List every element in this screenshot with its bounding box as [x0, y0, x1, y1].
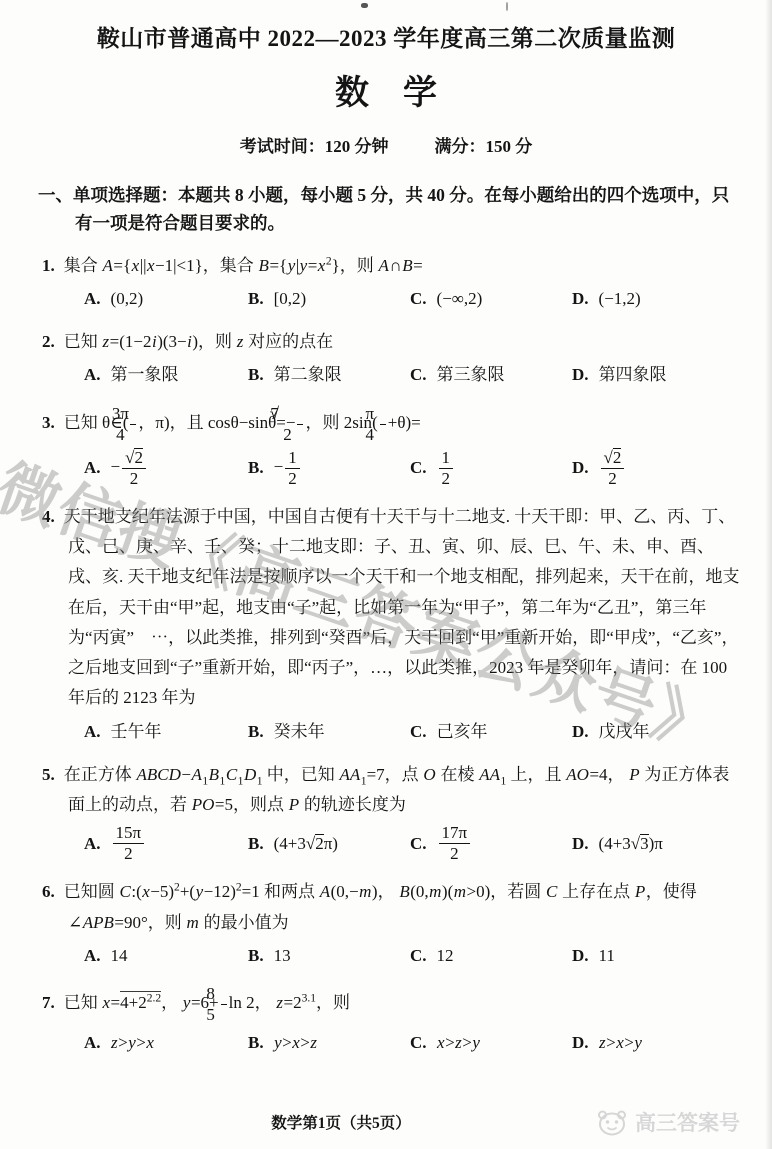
section-heading: 一、单项选择题：本题共 8 小题，每小题 5 分，共 40 分。在每小题给出的四…	[38, 181, 746, 238]
option-text: (4+3√2π)	[274, 829, 338, 859]
option-text: 12	[437, 448, 456, 489]
scan-speck	[506, 2, 508, 11]
option-text: 第四象限	[599, 360, 667, 390]
option-label: D.	[572, 717, 589, 747]
question-stem: 天干地支纪年法源于中国，中国自古便有十天干与十二地支. 十天干即：甲、乙、丙、丁…	[64, 507, 740, 708]
question-stem: 已知圆 C:(x−5)2+(y−12)2=1 和两点 A(0,−m)， B(0,…	[64, 882, 697, 931]
option: A. z>y>x	[84, 1028, 248, 1058]
option-text: 第一象限	[111, 360, 179, 390]
option-label: A.	[84, 941, 101, 971]
option: B. 13	[248, 941, 410, 971]
option: B. 癸未年	[248, 717, 410, 747]
option-label: A.	[84, 284, 101, 314]
question-stem: 在正方体 ABCD−A1B1C1D1 中，已知 AA1=7，点 O 在棱 AA1…	[64, 765, 730, 814]
option-label: B.	[248, 829, 264, 859]
option-text: 17π2	[437, 823, 473, 864]
page: 鞍山市普通高中 2022—2023 学年度高三第二次质量监测 数 学 考试时间：…	[0, 0, 772, 1149]
option: A. 14	[84, 941, 248, 971]
option: C. 12	[410, 448, 572, 489]
option-text: −12	[274, 448, 302, 489]
option-label: A.	[84, 717, 101, 747]
question-stem: 集合 A={x||x−1|<1}，集合 B={y|y=x2}，则 A∩B=	[64, 256, 423, 275]
question-stem-line: 5.在正方体 ABCD−A1B1C1D1 中，已知 AA1=7，点 O 在棱 A…	[68, 760, 746, 821]
options-row: A. 壬午年 B. 癸未年 C. 己亥年 D. 戊戌年	[84, 717, 746, 747]
question-stem: 已知 θ∈(3π4，π)，且 cosθ−sinθ=−√72，则 2sin(π4+…	[64, 413, 421, 432]
option-label: C.	[410, 1028, 427, 1058]
option-text: 壬午年	[111, 717, 162, 747]
option-text: [0,2)	[274, 284, 307, 314]
option-label: D.	[572, 1028, 589, 1058]
option: D. 第四象限	[572, 360, 746, 390]
option-text: 第三象限	[437, 360, 505, 390]
option-label: A.	[84, 453, 101, 483]
option-text: 12	[437, 941, 454, 971]
option-text: 第二象限	[274, 360, 342, 390]
question-stem-line: 1.集合 A={x||x−1|<1}，集合 B={y|y=x2}，则 A∩B=	[68, 251, 746, 281]
question-stem-line: 7.已知 x=4+22.2， y=6+85ln 2， z=23.1，则	[68, 984, 746, 1025]
mascot-icon	[595, 1107, 629, 1137]
option-text: 戊戌年	[599, 717, 650, 747]
option-text: (0,2)	[111, 284, 144, 314]
option-text: x>z>y	[437, 1028, 481, 1058]
option-text: (4+3√3)π	[599, 829, 663, 859]
option: B. [0,2)	[248, 284, 410, 314]
option: A. −√22	[84, 448, 248, 489]
option: A. (0,2)	[84, 284, 248, 314]
option-label: A.	[84, 360, 101, 390]
option: C. 己亥年	[410, 717, 572, 747]
question-number: 4.	[42, 507, 55, 526]
exam-score-label: 满分：150 分	[435, 132, 533, 157]
watermark-logo-text: 高三答案号	[635, 1107, 740, 1137]
option-label: B.	[248, 941, 264, 971]
exam-subject: 数 学	[0, 65, 772, 114]
option-text: 癸未年	[274, 717, 325, 747]
option-label: B.	[248, 1028, 264, 1058]
question-stem-line: 4.天干地支纪年法源于中国，中国自古便有十天干与十二地支. 十天干即：甲、乙、丙…	[68, 502, 746, 714]
option-label: C.	[410, 717, 427, 747]
exam-title: 鞍山市普通高中 2022—2023 学年度高三第二次质量监测	[0, 20, 772, 53]
question: 2.已知 z=(1−2i)(3−i)，则 z 对应的点在 A. 第一象限 B. …	[0, 327, 772, 391]
question-number: 7.	[42, 993, 55, 1012]
option-text: y>x>z	[274, 1028, 318, 1058]
question-stem-line: 3.已知 θ∈(3π4，π)，且 cosθ−sinθ=−√72，则 2sin(π…	[68, 404, 746, 445]
option-label: A.	[84, 1028, 101, 1058]
option: C. 12	[410, 941, 572, 971]
option-label: B.	[248, 284, 264, 314]
question-number: 3.	[42, 413, 55, 432]
option: B. (4+3√2π)	[248, 829, 410, 859]
question-stem-line: 2.已知 z=(1−2i)(3−i)，则 z 对应的点在	[68, 327, 746, 357]
question-number: 2.	[42, 332, 55, 351]
option-label: C.	[410, 284, 427, 314]
exam-time-label: 考试时间：120 分钟	[240, 132, 389, 157]
option-text: z>x>y	[599, 1028, 643, 1058]
question-stem: 已知 x=4+22.2， y=6+85ln 2， z=23.1，则	[64, 993, 350, 1012]
question: 7.已知 x=4+22.2， y=6+85ln 2， z=23.1，则 A. z…	[0, 984, 772, 1058]
option: A. 15π2	[84, 823, 248, 864]
option: A. 壬午年	[84, 717, 248, 747]
options-row: A. 14 B. 13 C. 12 D. 11	[84, 941, 746, 971]
option-text: 13	[274, 941, 291, 971]
question-number: 5.	[42, 765, 55, 784]
option-text: −√22	[111, 448, 148, 489]
scan-speck	[361, 3, 368, 8]
exam-header: 鞍山市普通高中 2022—2023 学年度高三第二次质量监测 数 学 考试时间：…	[0, 0, 772, 157]
question: 1.集合 A={x||x−1|<1}，集合 B={y|y=x2}，则 A∩B= …	[0, 251, 772, 315]
option-text: 14	[111, 941, 128, 971]
option-text: 15π2	[111, 823, 147, 864]
option: D. (4+3√3)π	[572, 829, 746, 859]
option-label: C.	[410, 360, 427, 390]
question: 6.已知圆 C:(x−5)2+(y−12)2=1 和两点 A(0,−m)， B(…	[0, 877, 772, 971]
option-label: A.	[84, 829, 101, 859]
option: B. −12	[248, 448, 410, 489]
question: 4.天干地支纪年法源于中国，中国自古便有十天干与十二地支. 十天干即：甲、乙、丙…	[0, 502, 772, 747]
option-label: C.	[410, 453, 427, 483]
option-label: D.	[572, 360, 589, 390]
option: C. 第三象限	[410, 360, 572, 390]
question-number: 1.	[42, 256, 55, 275]
option-label: B.	[248, 360, 264, 390]
option-label: C.	[410, 829, 427, 859]
option: D. √22	[572, 448, 746, 489]
watermark-logo: 高三答案号	[595, 1107, 740, 1137]
option: A. 第一象限	[84, 360, 248, 390]
question-list: 1.集合 A={x||x−1|<1}，集合 B={y|y=x2}，则 A∩B= …	[0, 251, 772, 1059]
option-label: B.	[248, 453, 264, 483]
options-row: A. (0,2) B. [0,2) C. (−∞,2) D. (−1,2)	[84, 284, 746, 314]
option-label: D.	[572, 453, 589, 483]
option-text: 己亥年	[437, 717, 488, 747]
question: 3.已知 θ∈(3π4，π)，且 cosθ−sinθ=−√72，则 2sin(π…	[0, 404, 772, 489]
option-label: C.	[410, 941, 427, 971]
option: D. (−1,2)	[572, 284, 746, 314]
options-row: A. 15π2 B. (4+3√2π) C. 17π2 D. (4+3√3)π	[84, 823, 746, 864]
option: D. z>x>y	[572, 1028, 746, 1058]
option: C. x>z>y	[410, 1028, 572, 1058]
option-text: (−∞,2)	[437, 284, 483, 314]
question: 5.在正方体 ABCD−A1B1C1D1 中，已知 AA1=7，点 O 在棱 A…	[0, 760, 772, 865]
option: D. 11	[572, 941, 746, 971]
option: C. (−∞,2)	[410, 284, 572, 314]
option: B. y>x>z	[248, 1028, 410, 1058]
options-row: A. z>y>x B. y>x>z C. x>z>y D. z>x>y	[84, 1028, 746, 1058]
option-text: 11	[599, 941, 615, 971]
option: B. 第二象限	[248, 360, 410, 390]
option-text: z>y>x	[111, 1028, 155, 1058]
option-text: √22	[599, 448, 627, 489]
option-label: B.	[248, 717, 264, 747]
option-text: (−1,2)	[599, 284, 641, 314]
option: D. 戊戌年	[572, 717, 746, 747]
options-row: A. 第一象限 B. 第二象限 C. 第三象限 D. 第四象限	[84, 360, 746, 390]
option-label: D.	[572, 829, 589, 859]
option: C. 17π2	[410, 823, 572, 864]
footer-page-number: 数学第1页（共5页）	[0, 1111, 682, 1133]
option-label: D.	[572, 284, 589, 314]
option-label: D.	[572, 941, 589, 971]
exam-info: 考试时间：120 分钟 满分：150 分	[0, 132, 772, 157]
question-number: 6.	[42, 882, 55, 901]
question-stem-line: 6.已知圆 C:(x−5)2+(y−12)2=1 和两点 A(0,−m)， B(…	[68, 877, 746, 938]
options-row: A. −√22 B. −12 C. 12 D. √22	[84, 448, 746, 489]
question-stem: 已知 z=(1−2i)(3−i)，则 z 对应的点在	[64, 332, 333, 351]
